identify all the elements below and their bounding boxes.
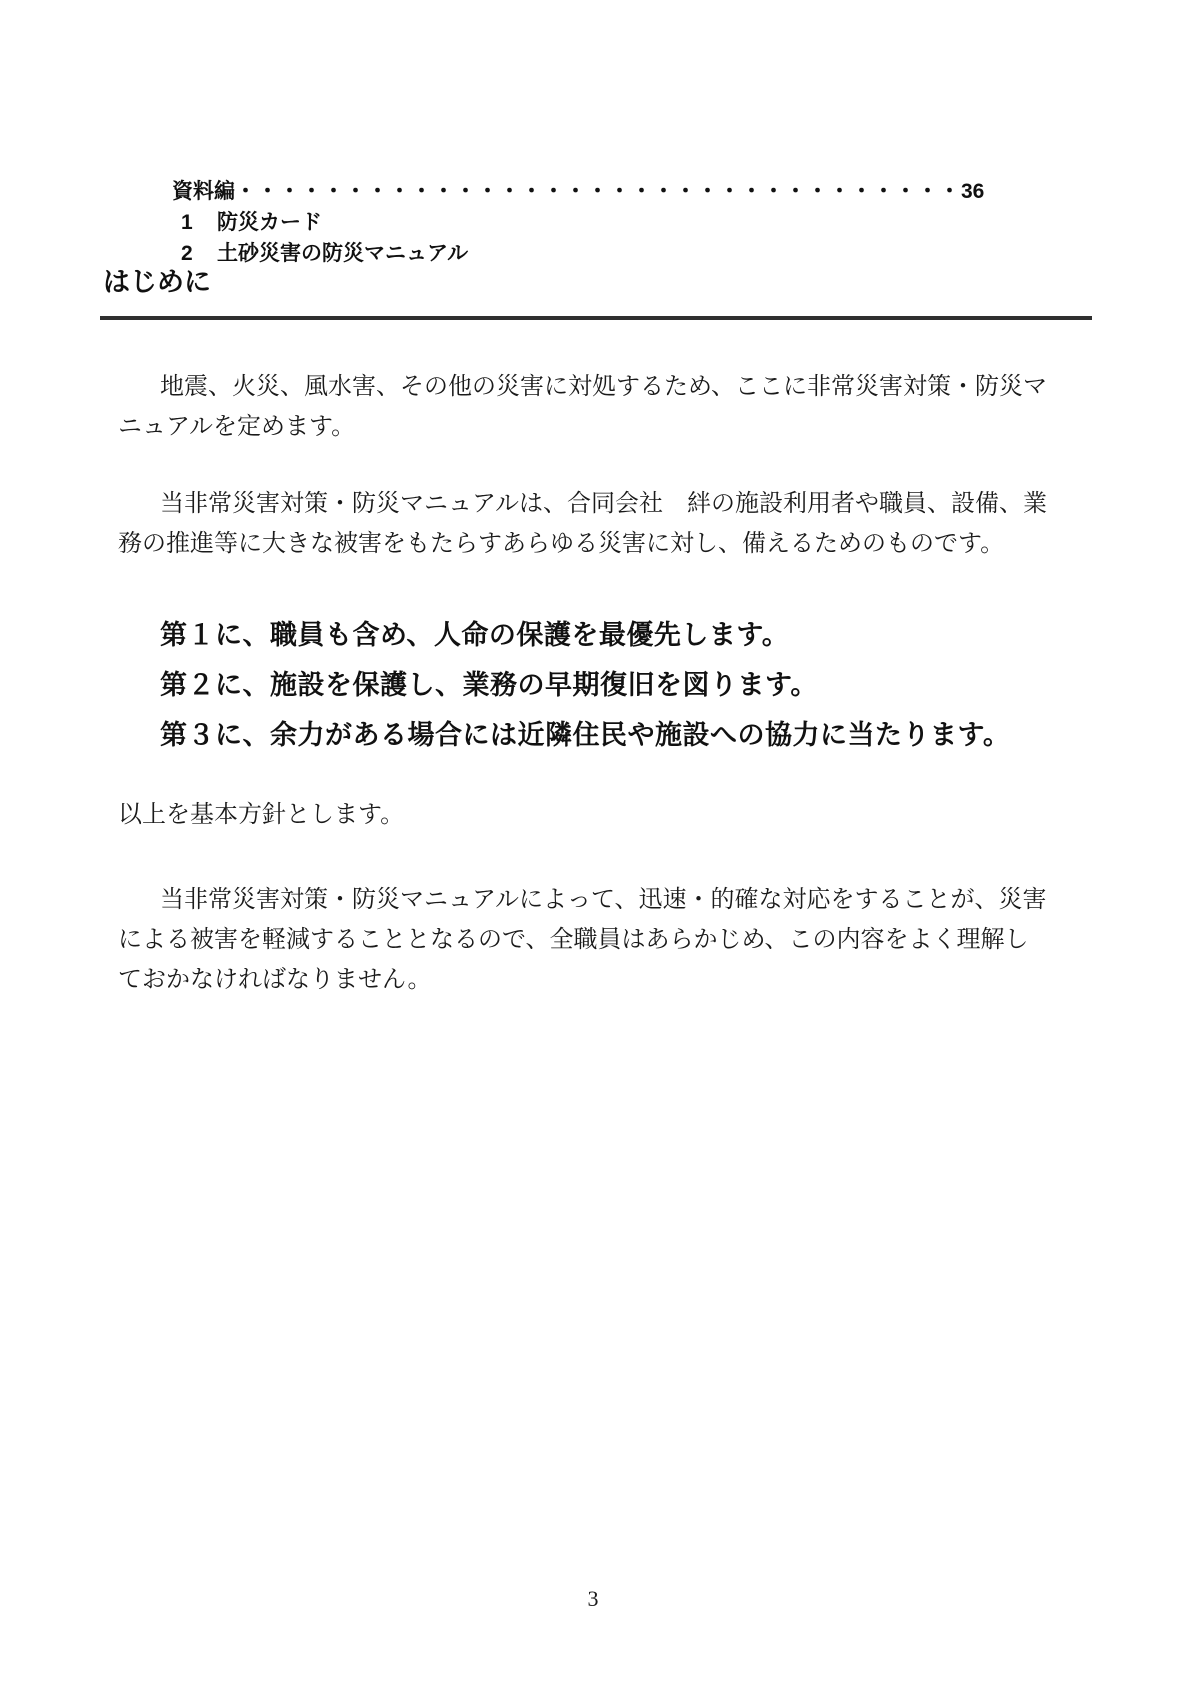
paragraph-line: ニュアルを定めます。	[118, 407, 1108, 447]
toc-item-bosai-card: 1防災カード	[181, 207, 322, 238]
paragraph-line: 以上を基本方針とします。	[118, 795, 1108, 835]
paragraph-line: 当非常災害対策・防災マニュアルは、合同会社 絆の施設利用者や職員、設備、業	[118, 484, 1108, 524]
policy-line-1: 第１に、職員も含め、人命の保護を最優先します。	[160, 610, 1010, 660]
paragraph-basic-policy: 以上を基本方針とします。	[118, 795, 1108, 835]
paragraph-line: による被害を軽減することとなるので、全職員はあらかじめ、この内容をよく理解し	[118, 920, 1108, 960]
policy-statements: 第１に、職員も含め、人命の保護を最優先します。 第２に、施設を保護し、業務の早期…	[160, 610, 1010, 760]
toc-item-label: 防災カード	[217, 211, 322, 234]
paragraph-line: 地震、火災、風水害、その他の災害に対処するため、ここに非常災害対策・防災マ	[118, 367, 1108, 407]
paragraph-purpose: 地震、火災、風水害、その他の災害に対処するため、ここに非常災害対策・防災マ ニュ…	[118, 367, 1108, 447]
heading-divider-rule	[100, 316, 1092, 320]
paragraph-line: 務の推進等に大きな被害をもたらすあらゆる災害に対し、備えるためのものです。	[118, 524, 1108, 564]
toc-section-line: 資料編・・・・・・・・・・・・・・・・・・・・・・・・・・・・・・・・・36	[172, 176, 984, 207]
toc-item-dosha-manual: 2土砂災害の防災マニュアル	[181, 238, 468, 269]
paragraph-understanding: 当非常災害対策・防災マニュアルによって、迅速・的確な対応をすることが、災害 によ…	[118, 880, 1108, 1000]
paragraph-line: ておかなければなりません。	[118, 960, 1108, 1000]
policy-line-2: 第２に、施設を保護し、業務の早期復旧を図ります。	[160, 660, 1010, 710]
document-page: 資料編・・・・・・・・・・・・・・・・・・・・・・・・・・・・・・・・・36 1…	[0, 0, 1186, 1684]
toc-section-label: 資料編	[172, 180, 235, 203]
page-title-hajimeni: はじめに	[103, 265, 211, 299]
toc-section-page-number: 36	[961, 180, 984, 203]
footer-page-number: 3	[0, 1586, 1186, 1612]
paragraph-line: 当非常災害対策・防災マニュアルによって、迅速・的確な対応をすることが、災害	[118, 880, 1108, 920]
toc-item-number: 1	[181, 207, 217, 238]
paragraph-scope: 当非常災害対策・防災マニュアルは、合同会社 絆の施設利用者や職員、設備、業 務の…	[118, 484, 1108, 564]
toc-item-label: 土砂災害の防災マニュアル	[217, 242, 468, 265]
policy-line-3: 第３に、余力がある場合には近隣住民や施設への協力に当たります。	[160, 710, 1010, 760]
toc-leader-dots: ・・・・・・・・・・・・・・・・・・・・・・・・・・・・・・・・・	[235, 180, 961, 203]
